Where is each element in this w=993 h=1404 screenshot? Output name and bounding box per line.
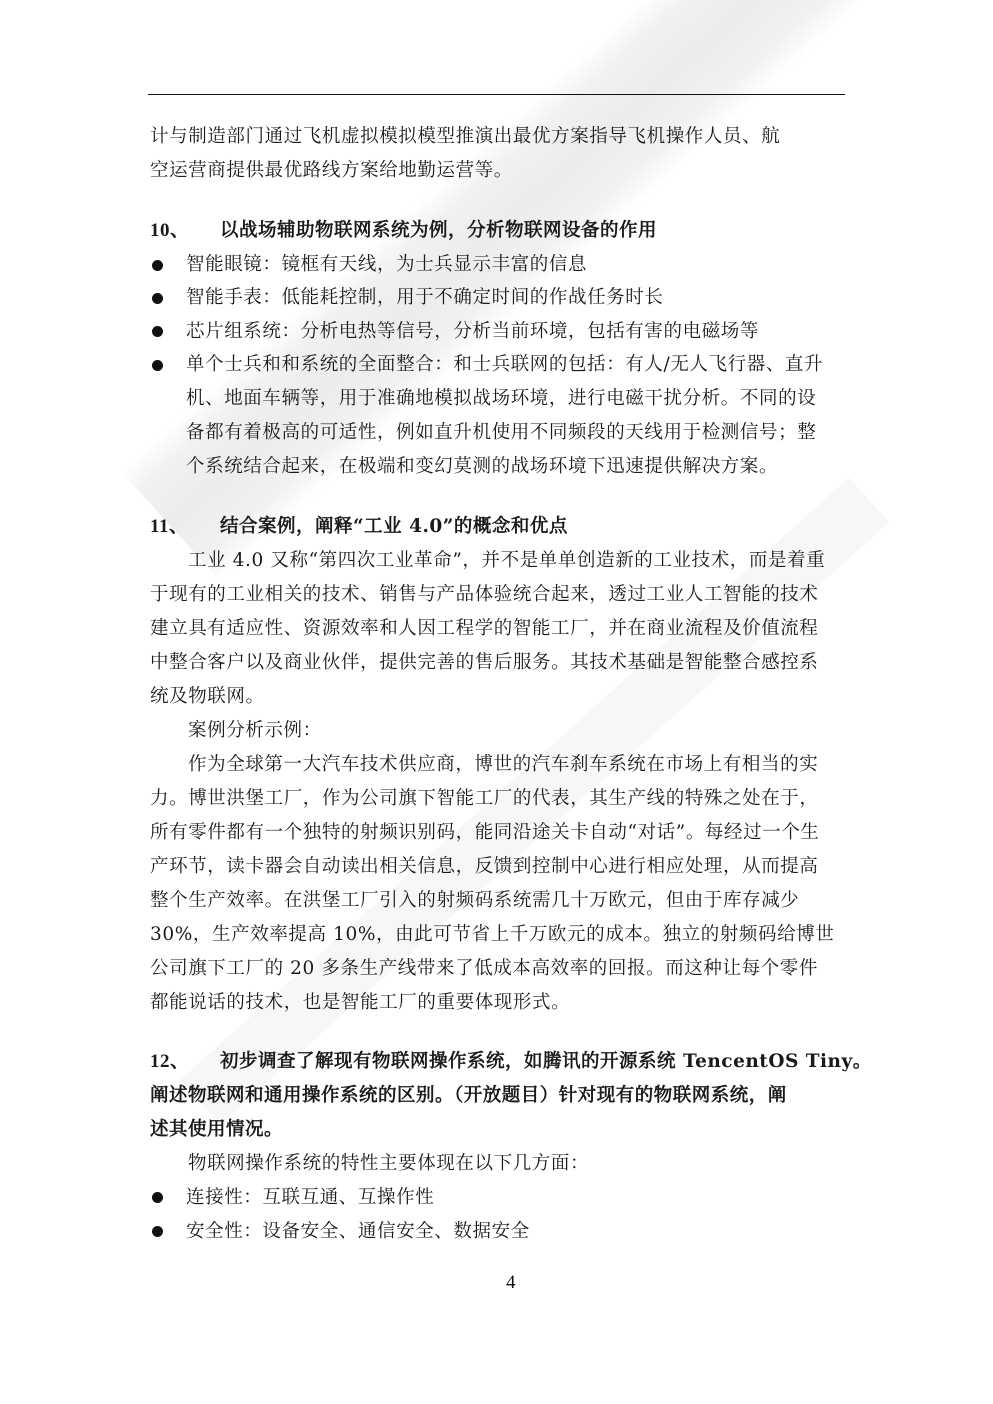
section-title-continued: 述其使用情况。: [150, 1118, 283, 1142]
text-line: 力。博世洪堡工厂，作为公司旗下智能工厂的代表，其生产线的特殊之处在于，: [150, 787, 819, 811]
section-number: 10、: [150, 219, 220, 243]
bullet-text: 个系统结合起来，在极端和变幻莫测的战场环境下迅速提供解决方案。: [186, 455, 778, 479]
text-line: 物联网操作系统的特性主要体现在以下几方面：: [188, 1152, 589, 1176]
bullet-text: 智能手表：低能耗控制，用于不确定时间的作战任务时长: [186, 286, 664, 310]
text-line: 作为全球第一大汽车技术供应商，博世的汽车刹车系统在市场上有相当的实: [188, 753, 818, 777]
text-line: 建立具有适应性、资源效率和人因工程学的智能工厂，并在商业流程及价值流程: [150, 617, 819, 641]
section-heading-12: 12、初步调查了解现有物联网操作系统，如腾讯的开源系统 TencentOS Ti…: [150, 1050, 872, 1074]
bullet-text: 备都有着极高的可适性，例如直升机使用不同频段的天线用于检测信号；整: [186, 421, 816, 445]
section-number: 11、: [150, 515, 220, 539]
section-heading-10: 10、以战场辅助物联网系统为例，分析物联网设备的作用: [150, 219, 657, 243]
page-number: 4: [506, 1272, 516, 1294]
bullet-icon: [152, 1226, 163, 1237]
section-title: 初步调查了解现有物联网操作系统，如腾讯的开源系统 TencentOS Tiny。: [220, 1051, 872, 1072]
bullet-icon: [152, 1192, 163, 1203]
bullet-icon: [152, 260, 163, 271]
bullet-text: 智能眼镜：镜框有天线，为士兵显示丰富的信息: [186, 253, 587, 277]
text-line: 产环节，读卡器会自动读出相关信息，反馈到控制中心进行相应处理，从而提高: [150, 855, 819, 879]
text-line: 中整合客户以及商业伙伴，提供完善的售后服务。其技术基础是智能整合感控系: [150, 651, 819, 675]
section-number: 12、: [150, 1050, 220, 1074]
text-line: 都能说话的技术，也是智能工厂的重要体现形式。: [150, 991, 570, 1015]
bullet-text: 连接性：互联互通、互操作性: [186, 1186, 434, 1210]
bullet-icon: [152, 293, 163, 304]
section-title-continued: 阐述物联网和通用操作系统的区别。（开放题目）针对现有的物联网系统，阐: [150, 1084, 787, 1108]
bullet-text: 单个士兵和和系统的全面整合：和士兵联网的包括：有人/无人飞行器、直升: [186, 353, 823, 377]
bullet-text: 安全性：设备安全、通信安全、数据安全: [186, 1220, 530, 1244]
text-line: 30%，生产效率提高 10%，由此可节省上千万欧元的成本。独立的射频码给博世: [150, 923, 834, 947]
section-title: 结合案例，阐释“工业 4.0”的概念和优点: [220, 516, 568, 537]
bullet-icon: [152, 326, 163, 337]
text-line: 统及物联网。: [150, 685, 265, 709]
bullet-text: 芯片组系统：分析电热等信号，分析当前环境，包括有害的电磁场等: [186, 320, 759, 344]
text-line: 整个生产效率。在洪堡工厂引入的射频码系统需几十万欧元，但由于库存减少: [150, 889, 799, 913]
section-heading-11: 11、结合案例，阐释“工业 4.0”的概念和优点: [150, 515, 568, 539]
text-line: 于现有的工业相关的技术、销售与产品体验统合起来，透过工业人工智能的技术: [150, 583, 819, 607]
text-line: 空运营商提供最优路线方案给地勤运营等。: [150, 159, 513, 183]
text-line: 公司旗下工厂的 20 多条生产线带来了低成本高效率的回报。而这种让每个零件: [150, 957, 818, 981]
text-line: 计与制造部门通过飞机虚拟模拟模型推演出最优方案指导飞机操作人员、航: [150, 125, 780, 149]
text-line: 工业 4.0 又称“第四次工业革命”，并不是单单创造新的工业技术，而是着重: [188, 549, 825, 573]
header-rule: [148, 94, 845, 95]
text-line: 所有零件都有一个独特的射频识别码，能同沿途关卡自动“对话”。每经过一个生: [150, 821, 820, 845]
bullet-icon: [152, 360, 163, 371]
text-line: 案例分析示例：: [188, 719, 322, 743]
section-title: 以战场辅助物联网系统为例，分析物联网设备的作用: [220, 220, 657, 241]
bullet-text: 机、地面车辆等，用于准确地模拟战场环境，进行电磁干扰分析。不同的设: [186, 387, 816, 411]
